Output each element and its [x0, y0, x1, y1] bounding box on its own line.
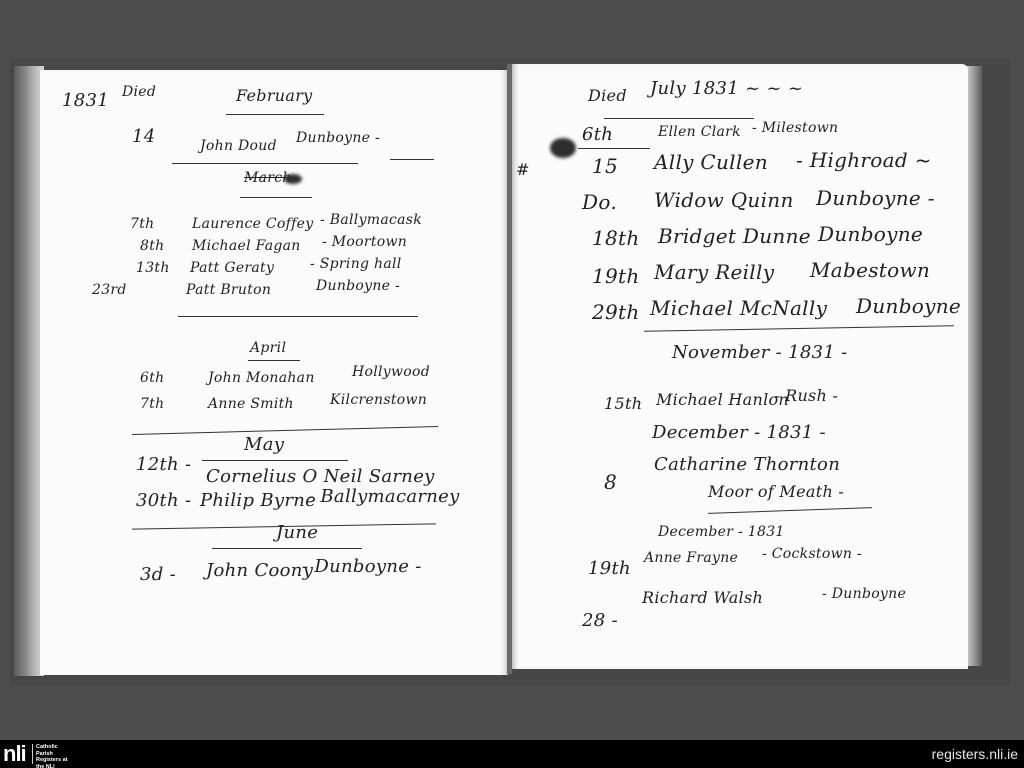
- entry-day: 7th: [140, 396, 164, 412]
- margin-mark: #: [516, 160, 530, 179]
- entry-name: Michael Hanlon: [656, 390, 789, 409]
- entry-day: 13th: [136, 260, 170, 276]
- column-label-died: Died: [122, 84, 156, 100]
- entry-day: 29th: [592, 300, 640, 324]
- entry-place: - Rush -: [774, 386, 838, 405]
- entry-day: 30th -: [136, 490, 191, 511]
- month-heading: May: [244, 434, 284, 455]
- entry-place: - Dunboyne -: [302, 556, 422, 577]
- entry-place: - Highroad ~: [796, 148, 932, 172]
- image-viewer[interactable]: 1831 Died February 14 John Doud Dunboyne…: [0, 0, 1024, 740]
- entry-name: Michael McNally: [650, 296, 827, 320]
- entry-name: Bridget Dunne: [658, 224, 811, 248]
- entry-name: Michael Fagan: [192, 238, 301, 254]
- entry-day: 3d -: [140, 564, 176, 585]
- logo-divider: [32, 744, 33, 764]
- entry-day: 28 -: [582, 610, 618, 631]
- entry-place: Dunboyne: [856, 294, 961, 318]
- entry-day: 15: [592, 154, 618, 178]
- tagline-line: the NLI: [36, 764, 76, 768]
- entry-day: 18th: [592, 226, 640, 250]
- entry-day: 6th: [582, 124, 613, 145]
- entry-name: John Monahan: [208, 370, 315, 386]
- footer-bar: nli Catholic Parish Registers at the NLI…: [0, 740, 1024, 768]
- entry-place: - Cockstown -: [762, 546, 862, 562]
- entry-name: Anne Smith: [208, 396, 294, 412]
- entry-day: 12th -: [136, 454, 191, 475]
- entry-place: - Ballymacarney: [308, 486, 460, 507]
- entry-name: Catharine Thornton: [654, 454, 840, 475]
- entry-name: Anne Frayne: [644, 550, 738, 566]
- entry-name: Mary Reilly: [654, 260, 774, 284]
- entry-name: Widow Quinn: [654, 188, 794, 212]
- entry-place: - Milestown: [752, 120, 838, 136]
- entry-name: John Coony: [206, 560, 313, 581]
- entry-day: Do.: [582, 190, 617, 214]
- month-heading: November - 1831 -: [672, 342, 848, 363]
- entry-place: Mabestown: [810, 258, 930, 282]
- month-heading: December - 1831: [658, 524, 785, 540]
- entry-place: Hollywood: [352, 364, 430, 380]
- month-heading: April: [250, 340, 286, 356]
- page-edges-right: [966, 66, 982, 666]
- month-heading: December - 1831 -: [652, 422, 826, 443]
- entry-name: John Doud: [200, 138, 277, 154]
- logo-tagline: Catholic Parish Registers at the NLI: [36, 744, 76, 768]
- register-page-left: 1831 Died February 14 John Doud Dunboyne…: [40, 70, 508, 675]
- entry-day: 7th: [130, 216, 154, 232]
- tagline-line: Catholic Parish: [36, 744, 76, 757]
- entry-place: Dunboyne -: [296, 130, 380, 146]
- entry-place: Dunboyne -: [816, 186, 935, 210]
- entry-place: Dunboyne -: [316, 278, 400, 294]
- entry-place: - Ballymacask: [320, 212, 422, 228]
- entry-day: 23rd: [92, 282, 127, 298]
- entry-place: - Spring hall: [310, 256, 402, 272]
- entry-name: Philip Byrne: [200, 490, 316, 511]
- month-heading: July 1831 ~ ~ ~: [650, 78, 803, 99]
- entry-name: Richard Walsh: [642, 588, 763, 607]
- entry-day: 19th: [592, 264, 640, 288]
- entry-place: - Moortown: [322, 234, 407, 250]
- nli-logo[interactable]: nli: [3, 744, 26, 764]
- entry-day: 19th: [588, 558, 631, 579]
- column-label-died: Died: [588, 86, 627, 105]
- entry-name: Ellen Clark: [658, 124, 741, 140]
- month-heading: June: [276, 522, 318, 543]
- entry-name: Cornelius O Neil Sarney: [206, 466, 435, 487]
- entry-note: Moor of Meath -: [708, 482, 844, 501]
- entry-name: Patt Geraty: [190, 260, 274, 276]
- entry-day: 8: [604, 470, 617, 494]
- year-label: 1831: [62, 90, 109, 111]
- register-page-right: Died July 1831 ~ ~ ~ # 6th Ellen Clark -…: [512, 64, 968, 669]
- entry-day: 6th: [140, 370, 164, 386]
- entry-day: 15th: [604, 394, 642, 413]
- month-heading: February: [236, 86, 313, 105]
- entry-day: 14: [132, 126, 156, 147]
- entry-place: Dunboyne: [818, 222, 923, 246]
- entry-name: Patt Bruton: [186, 282, 271, 298]
- entry-day: 8th: [140, 238, 164, 254]
- entry-name: Laurence Coffey: [192, 216, 313, 232]
- entry-place: Kilcrenstown: [330, 392, 427, 408]
- entry-place: - Dunboyne: [822, 586, 906, 602]
- entry-name: Ally Cullen: [654, 150, 768, 174]
- site-url-link[interactable]: registers.nli.ie: [932, 746, 1018, 762]
